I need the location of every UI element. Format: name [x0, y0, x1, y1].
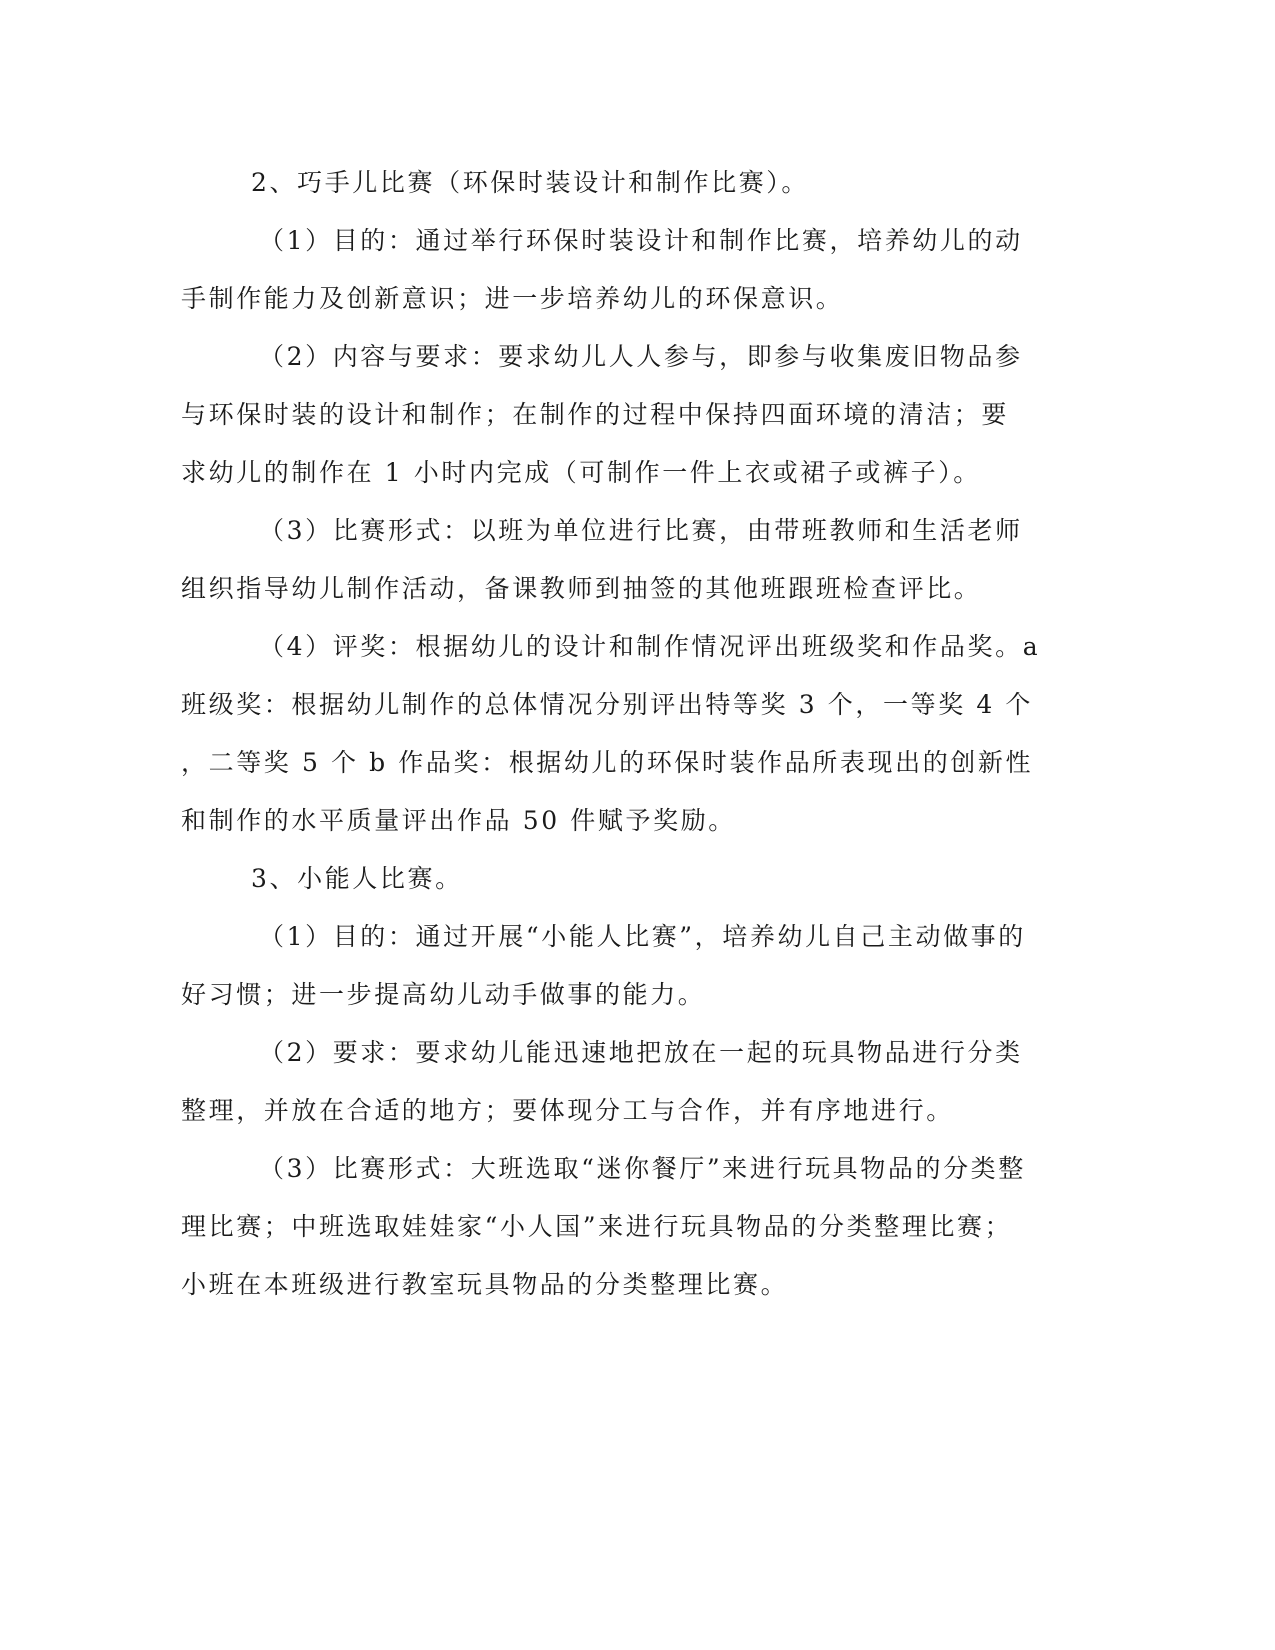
paragraph-line: （1）目的：通过开展“小能人比赛”，培养幼儿自己主动做事的	[259, 922, 1026, 952]
section-heading-2: 2、巧手儿比赛（环保时装设计和制作比赛）。	[251, 168, 809, 198]
paragraph-line: 手制作能力及创新意识；进一步培养幼儿的环保意识。	[181, 284, 843, 314]
paragraph-line: 整理，并放在合适的地方；要体现分工与合作，并有序地进行。	[181, 1096, 954, 1126]
paragraph-line: 组织指导幼儿制作活动，备课教师到抽签的其他班跟班检查评比。	[181, 574, 981, 604]
paragraph-line: 与环保时装的设计和制作；在制作的过程中保持四面环境的清洁；要	[181, 400, 1009, 430]
paragraph-line: （2）要求：要求幼儿能迅速地把放在一起的玩具物品进行分类	[259, 1038, 1023, 1068]
paragraph-line: （3）比赛形式：以班为单位进行比赛，由带班教师和生活老师	[259, 516, 1023, 546]
section-heading-3: 3、小能人比赛。	[251, 864, 463, 894]
paragraph-line: 求幼儿的制作在 1 小时内完成（可制作一件上衣或裙子或裤子）。	[181, 458, 981, 488]
paragraph-line: 好习惯；进一步提高幼儿动手做事的能力。	[181, 980, 705, 1010]
paragraph-line: 和制作的水平质量评出作品 50 件赋予奖励。	[181, 806, 736, 836]
paragraph-line: （3）比赛形式：大班选取“迷你餐厅”来进行玩具物品的分类整	[259, 1154, 1026, 1184]
document-page: 2、巧手儿比赛（环保时装设计和制作比赛）。 （1）目的：通过举行环保时装设计和制…	[0, 0, 1275, 1650]
paragraph-line: （4）评奖：根据幼儿的设计和制作情况评出班级奖和作品奖。a	[259, 632, 1040, 662]
paragraph-line: ，二等奖 5 个 b 作品奖：根据幼儿的环保时装作品所表现出的创新性	[181, 748, 1033, 778]
paragraph-line: （2）内容与要求：要求幼儿人人参与，即参与收集废旧物品参	[259, 342, 1023, 372]
paragraph-line: 小班在本班级进行教室玩具物品的分类整理比赛。	[181, 1270, 788, 1300]
paragraph-line: 理比赛；中班选取娃娃家“小人国”来进行玩具物品的分类整理比赛；	[181, 1212, 1012, 1242]
paragraph-line: （1）目的：通过举行环保时装设计和制作比赛，培养幼儿的动	[259, 226, 1023, 256]
paragraph-line: 班级奖：根据幼儿制作的总体情况分别评出特等奖 3 个，一等奖 4 个	[181, 690, 1033, 720]
